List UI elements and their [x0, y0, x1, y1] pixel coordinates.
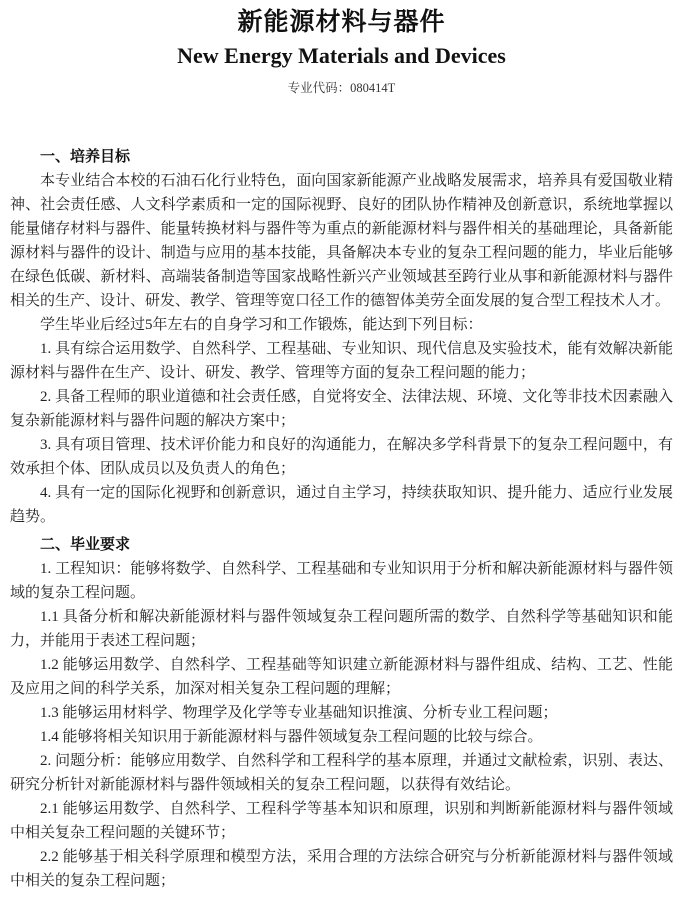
paragraph: 1.1 具备分析和解决新能源材料与器件领域复杂工程问题所需的数学、自然科学等基础…	[10, 605, 673, 653]
section-heading: 一、培养目标	[10, 145, 673, 169]
page-title-chinese: 新能源材料与器件	[0, 0, 683, 38]
paragraph: 2. 具备工程师的职业道德和社会责任感，自觉将安全、法律法规、环境、文化等非技术…	[10, 385, 673, 433]
paragraph: 1. 工程知识：能够将数学、自然科学、工程基础和专业知识用于分析和解决新能源材料…	[10, 557, 673, 605]
document-body: 一、培养目标本专业结合本校的石油石化行业特色，面向国家新能源产业战略发展需求，培…	[10, 145, 673, 893]
paragraph: 3. 具有项目管理、技术评价能力和良好的沟通能力，在解决多学科背景下的复杂工程问…	[10, 433, 673, 481]
major-code: 专业代码：080414T	[0, 80, 683, 97]
document-header: 新能源材料与器件 New Energy Materials and Device…	[0, 0, 683, 97]
paragraph: 2. 问题分析：能够应用数学、自然科学和工程科学的基本原理，并通过文献检索，识别…	[10, 749, 673, 797]
paragraph: 1.3 能够运用材料学、物理学及化学等专业基础知识推演、分析专业工程问题；	[10, 701, 673, 725]
paragraph: 4. 具有一定的国际化视野和创新意识，通过自主学习，持续获取知识、提升能力、适应…	[10, 481, 673, 529]
page-title-english: New Energy Materials and Devices	[0, 42, 683, 70]
paragraph: 学生毕业后经过5年左右的自身学习和工作锻炼，能达到下列目标：	[10, 313, 673, 337]
paragraph: 1. 具有综合运用数学、自然科学、工程基础、专业知识、现代信息及实验技术，能有效…	[10, 337, 673, 385]
paragraph: 1.2 能够运用数学、自然科学、工程基础等知识建立新能源材料与器件组成、结构、工…	[10, 653, 673, 701]
paragraph: 本专业结合本校的石油石化行业特色，面向国家新能源产业战略发展需求，培养具有爱国敬…	[10, 169, 673, 313]
paragraph: 2.2 能够基于相关科学原理和模型方法，采用合理的方法综合研究与分析新能源材料与…	[10, 845, 673, 893]
paragraph: 1.4 能够将相关知识用于新能源材料与器件领域复杂工程问题的比较与综合。	[10, 725, 673, 749]
document-page: 新能源材料与器件 New Energy Materials and Device…	[0, 0, 683, 898]
paragraph: 2.1 能够运用数学、自然科学、工程科学等基本知识和原理，识别和判断新能源材料与…	[10, 797, 673, 845]
section-heading: 二、毕业要求	[10, 533, 673, 557]
